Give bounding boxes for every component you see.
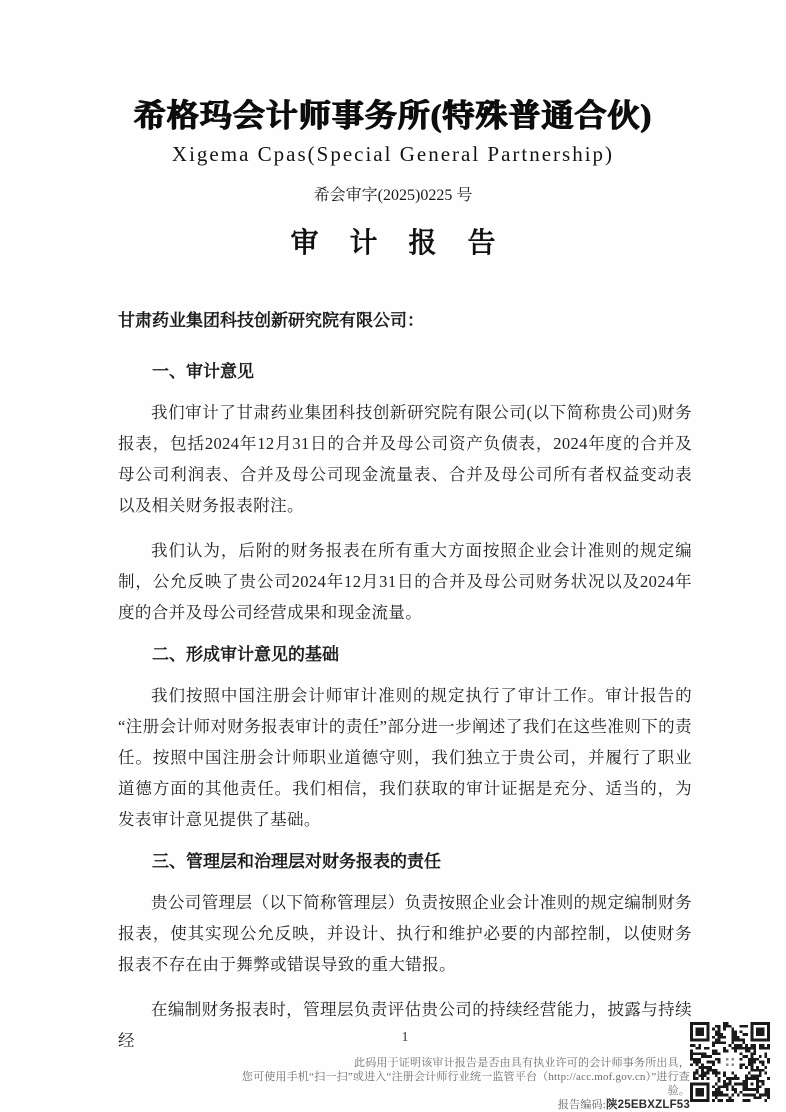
section-3-heading: 三、管理层和治理层对财务报表的责任 <box>118 851 692 873</box>
firm-name-cn: 希格玛会计师事务所(特殊普通合伙) <box>0 96 786 133</box>
audit-report-page: 希格玛会计师事务所(特殊普通合伙) Xigema Cpas(Special Ge… <box>0 0 786 1112</box>
report-body: 甘肃药业集团科技创新研究院有限公司： 一、审计意见 我们审计了甘肃药业集团科技创… <box>118 310 692 1056</box>
report-code-label: 报告编码: <box>558 1099 606 1111</box>
verification-note: 此码用于证明该审计报告是否由具有执业许可的会计师事务所出具， 您可使用手机“扫一… <box>220 1056 690 1112</box>
section-3-paragraph-1: 贵公司管理层（以下简称管理层）负责按照企业会计准则的规定编制财务报表，使其实现公… <box>118 887 692 980</box>
section-1-heading: 一、审计意见 <box>118 361 692 383</box>
firm-name-en: Xigema Cpas(Special General Partnership) <box>0 141 786 167</box>
report-header: 希格玛会计师事务所(特殊普通合伙) Xigema Cpas(Special Ge… <box>0 0 786 261</box>
addressee-line: 甘肃药业集团科技创新研究院有限公司： <box>118 310 692 332</box>
verification-note-line-1: 此码用于证明该审计报告是否由具有执业许可的会计师事务所出具， <box>220 1056 690 1070</box>
section-3-paragraph-2: 在编制财务报表时，管理层负责评估贵公司的持续经营能力，披露与持续经 <box>118 994 692 1056</box>
section-2-heading: 二、形成审计意见的基础 <box>118 644 692 666</box>
page-number: 1 <box>118 1030 692 1046</box>
report-title: 审 计 报 告 <box>0 227 786 261</box>
report-code-line: 报告编码:陕25EBXZLF53 <box>220 1098 690 1112</box>
verification-note-line-2: 您可使用手机“扫一扫”或进入“注册会计师行业统一监管平台（http://acc.… <box>220 1070 690 1098</box>
report-code: 陕25EBXZLF53 <box>606 1099 690 1111</box>
section-1-paragraph-1: 我们审计了甘肃药业集团科技创新研究院有限公司(以下简称贵公司)财务报表，包括20… <box>118 397 692 521</box>
section-1-paragraph-2: 我们认为，后附的财务报表在所有重大方面按照企业会计准则的规定编制，公允反映了贵公… <box>118 535 692 628</box>
document-number: 希会审字(2025)0225 号 <box>0 186 786 206</box>
section-2-paragraph-1: 我们按照中国注册会计师审计准则的规定执行了审计工作。审计报告的“注册会计师对财务… <box>118 680 692 835</box>
qr-code-icon <box>690 1022 770 1102</box>
